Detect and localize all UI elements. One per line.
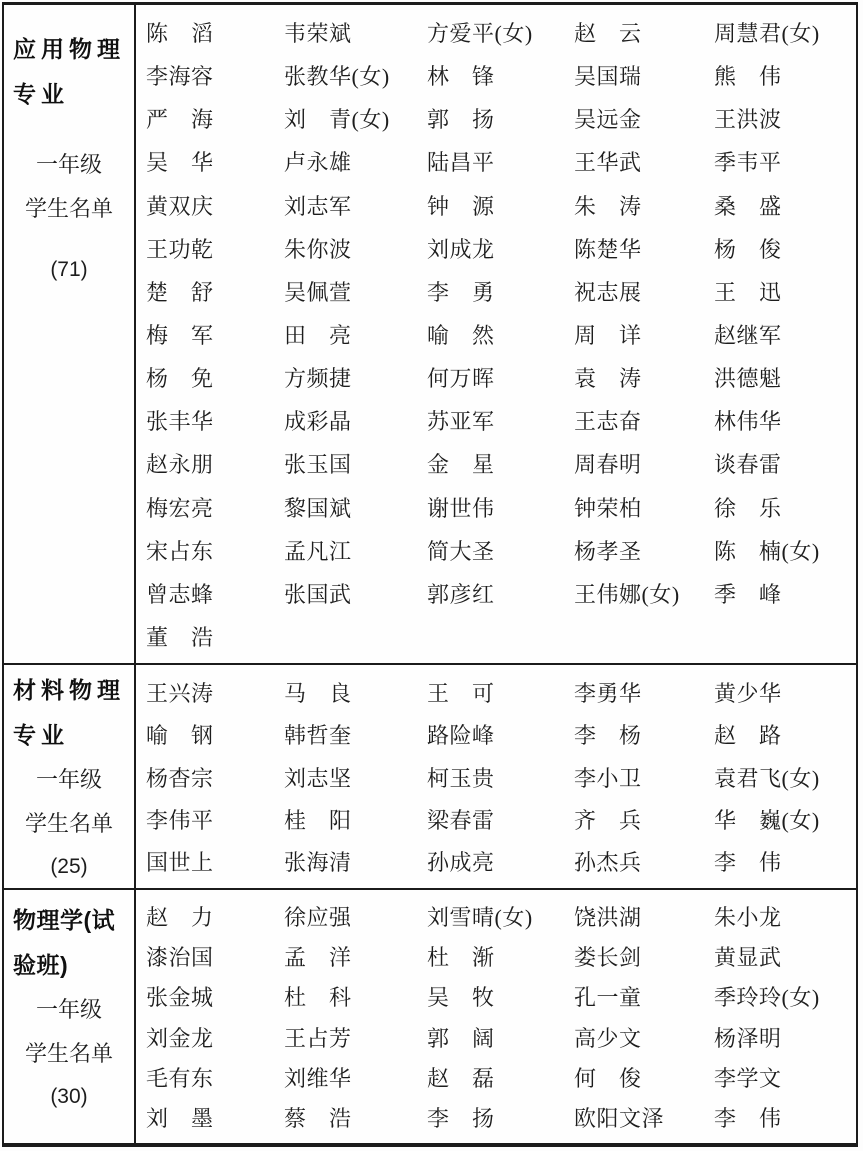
name-cell: 刘成龙 xyxy=(427,233,574,264)
name-cell: 杨 免 xyxy=(146,362,284,393)
table-row: 赵永朋张玉国金 星周春明谈春雷 xyxy=(146,442,856,485)
name-cell: 李勇华 xyxy=(574,677,714,708)
document-page: 应用物理专业一年级学生名单(71)陈 滔韦荣斌方爱平(女)赵 云周慧君(女)李海… xyxy=(0,0,863,1151)
name-cell: 袁君飞(女) xyxy=(714,762,856,793)
section-title-line: 材料物理 xyxy=(4,668,134,713)
name-cell: 成彩晶 xyxy=(284,405,427,436)
name-cell: 季玲玲(女) xyxy=(714,981,856,1012)
name-cell: 袁 涛 xyxy=(574,362,714,393)
name-cell: 祝志展 xyxy=(574,276,714,307)
table-row: 楚 舒吴佩萱李 勇祝志展王 迅 xyxy=(146,270,856,313)
name-cell: 孔一童 xyxy=(574,981,714,1012)
name-cell: 谢世伟 xyxy=(427,492,574,523)
name-cell: 陈楚华 xyxy=(574,233,714,264)
name-cell: 严 海 xyxy=(146,103,284,134)
name-cell: 蔡 浩 xyxy=(284,1102,427,1133)
name-cell: 季 峰 xyxy=(714,578,856,609)
name-cell: 杨 俊 xyxy=(714,233,856,264)
name-cell: 何万晖 xyxy=(427,362,574,393)
name-cell: 梅宏亮 xyxy=(146,492,284,523)
section-title-line: 专业 xyxy=(4,713,134,758)
name-cell: 李 杨 xyxy=(574,719,714,750)
name-cell: 韦荣斌 xyxy=(284,17,427,48)
table-row: 刘 墨蔡 浩李 扬欧阳文泽李 伟 xyxy=(146,1098,856,1138)
student-count: (71) xyxy=(4,249,134,291)
name-cell: 李伟平 xyxy=(146,804,284,835)
grade-label: 一年级 xyxy=(4,988,134,1032)
name-cell: 刘雪晴(女) xyxy=(427,901,574,932)
name-cell: 朱你波 xyxy=(284,233,427,264)
name-cell: 宋占东 xyxy=(146,535,284,566)
section-1: 材料物理专业一年级学生名单(25)王兴涛马 良王 可李勇华黄少华喻 钢韩哲奎路险… xyxy=(4,663,856,888)
table-row: 张金城杜 科吴 牧孔一童季玲玲(女) xyxy=(146,977,856,1017)
name-cell: 徐应强 xyxy=(284,901,427,932)
name-cell: 韩哲奎 xyxy=(284,719,427,750)
table-row: 严 海刘 青(女)郭 扬吴远金王洪波 xyxy=(146,97,856,140)
table-row: 李伟平桂 阳梁春雷齐 兵华 巍(女) xyxy=(146,798,856,840)
name-cell: 张国武 xyxy=(284,578,427,609)
name-cell: 刘金龙 xyxy=(146,1022,284,1053)
table-row: 梅宏亮黎国斌谢世伟钟荣柏徐 乐 xyxy=(146,486,856,529)
name-cell: 赵 磊 xyxy=(427,1062,574,1093)
name-cell: 苏亚军 xyxy=(427,405,574,436)
names-area: 陈 滔韦荣斌方爱平(女)赵 云周慧君(女)李海容张教华(女)林 锋吴国瑞熊 伟严… xyxy=(136,5,856,663)
name-cell: 陈 滔 xyxy=(146,17,284,48)
name-cell: 张教华(女) xyxy=(284,60,427,91)
section-title-line: 专业 xyxy=(4,72,134,117)
name-cell: 国世上 xyxy=(146,846,284,877)
student-count: (30) xyxy=(4,1076,134,1118)
table-row: 刘金龙王占芳郭 阔高少文杨泽明 xyxy=(146,1017,856,1057)
list-label: 学生名单 xyxy=(4,802,134,846)
name-cell: 齐 兵 xyxy=(574,804,714,835)
table-row: 杨 免方频捷何万晖袁 涛洪德魁 xyxy=(146,356,856,399)
name-cell: 李 伟 xyxy=(714,846,856,877)
name-cell: 方频捷 xyxy=(284,362,427,393)
table-row: 李海容张教华(女)林 锋吴国瑞熊 伟 xyxy=(146,54,856,97)
name-cell: 楚 舒 xyxy=(146,276,284,307)
name-cell: 毛有东 xyxy=(146,1062,284,1093)
name-cell: 周春明 xyxy=(574,448,714,479)
name-cell: 王伟娜(女) xyxy=(574,578,714,609)
name-cell: 陆昌平 xyxy=(427,146,574,177)
name-cell: 孙杰兵 xyxy=(574,846,714,877)
name-cell: 赵 云 xyxy=(574,17,714,48)
name-cell: 钟 源 xyxy=(427,190,574,221)
name-cell: 赵 力 xyxy=(146,901,284,932)
name-cell: 王华武 xyxy=(574,146,714,177)
name-cell: 刘志军 xyxy=(284,190,427,221)
name-cell: 曾志蜂 xyxy=(146,578,284,609)
name-cell: 黄双庆 xyxy=(146,190,284,221)
name-cell: 金 星 xyxy=(427,448,574,479)
name-cell: 林 锋 xyxy=(427,60,574,91)
table-row: 毛有东刘维华赵 磊何 俊李学文 xyxy=(146,1057,856,1097)
name-cell: 张金城 xyxy=(146,981,284,1012)
table-row: 黄双庆刘志军钟 源朱 涛桑 盛 xyxy=(146,184,856,227)
student-count: (25) xyxy=(4,846,134,888)
list-label: 学生名单 xyxy=(4,187,134,231)
name-cell: 吴 牧 xyxy=(427,981,574,1012)
name-cell: 孟 洋 xyxy=(284,941,427,972)
name-cell: 谈春雷 xyxy=(714,448,856,479)
name-cell: 李海容 xyxy=(146,60,284,91)
section-2: 物理学(试验班)一年级学生名单(30)赵 力徐应强刘雪晴(女)饶洪湖朱小龙漆治国… xyxy=(4,888,856,1143)
name-cell: 张玉国 xyxy=(284,448,427,479)
table-row: 漆治国孟 洋杜 渐娄长剑黄显武 xyxy=(146,936,856,976)
section-0: 应用物理专业一年级学生名单(71)陈 滔韦荣斌方爱平(女)赵 云周慧君(女)李海… xyxy=(4,5,856,663)
name-cell: 张海清 xyxy=(284,846,427,877)
name-cell: 陈 楠(女) xyxy=(714,535,856,566)
name-cell: 王志奋 xyxy=(574,405,714,436)
name-cell: 李小卫 xyxy=(574,762,714,793)
name-cell: 娄长剑 xyxy=(574,941,714,972)
name-cell: 孙成亮 xyxy=(427,846,574,877)
name-cell: 王占芳 xyxy=(284,1022,427,1053)
name-cell: 钟荣柏 xyxy=(574,492,714,523)
name-cell: 刘志坚 xyxy=(284,762,427,793)
grade-label: 一年级 xyxy=(4,143,134,187)
section-header: 物理学(试验班)一年级学生名单(30) xyxy=(4,890,136,1143)
name-cell: 朱 涛 xyxy=(574,190,714,221)
name-cell: 漆治国 xyxy=(146,941,284,972)
name-cell: 杨孝圣 xyxy=(574,535,714,566)
name-cell: 周 详 xyxy=(574,319,714,350)
name-cell: 卢永雄 xyxy=(284,146,427,177)
name-cell: 徐 乐 xyxy=(714,492,856,523)
name-cell: 黄少华 xyxy=(714,677,856,708)
name-cell: 赵继军 xyxy=(714,319,856,350)
name-cell: 喻 然 xyxy=(427,319,574,350)
name-cell: 王兴涛 xyxy=(146,677,284,708)
name-cell: 方爱平(女) xyxy=(427,17,574,48)
name-cell: 季韦平 xyxy=(714,146,856,177)
name-cell: 朱小龙 xyxy=(714,901,856,932)
name-cell: 刘 墨 xyxy=(146,1102,284,1133)
name-cell: 董 浩 xyxy=(146,621,284,652)
student-roster-table: 应用物理专业一年级学生名单(71)陈 滔韦荣斌方爱平(女)赵 云周慧君(女)李海… xyxy=(2,2,858,1147)
table-row: 杨杳宗刘志坚柯玉贵李小卫袁君飞(女) xyxy=(146,756,856,798)
name-cell: 赵 路 xyxy=(714,719,856,750)
section-header: 材料物理专业一年级学生名单(25) xyxy=(4,665,136,888)
name-cell: 郭彦红 xyxy=(427,578,574,609)
table-row: 董 浩 xyxy=(146,615,856,658)
section-title-line: 物理学(试 xyxy=(4,898,134,943)
name-cell: 林伟华 xyxy=(714,405,856,436)
name-cell: 王洪波 xyxy=(714,103,856,134)
table-row: 赵 力徐应强刘雪晴(女)饶洪湖朱小龙 xyxy=(146,896,856,936)
name-cell: 郭 阔 xyxy=(427,1022,574,1053)
name-cell: 梅 军 xyxy=(146,319,284,350)
table-row: 宋占东孟凡江简大圣杨孝圣陈 楠(女) xyxy=(146,529,856,572)
table-row: 国世上张海清孙成亮孙杰兵李 伟 xyxy=(146,841,856,883)
table-row: 吴 华卢永雄陆昌平王华武季韦平 xyxy=(146,140,856,183)
name-cell: 杜 科 xyxy=(284,981,427,1012)
name-cell: 李 勇 xyxy=(427,276,574,307)
name-cell: 桂 阳 xyxy=(284,804,427,835)
name-cell: 吴佩萱 xyxy=(284,276,427,307)
name-cell: 郭 扬 xyxy=(427,103,574,134)
list-label: 学生名单 xyxy=(4,1032,134,1076)
names-area: 王兴涛马 良王 可李勇华黄少华喻 钢韩哲奎路险峰李 杨赵 路杨杳宗刘志坚柯玉贵李… xyxy=(136,665,856,888)
name-cell: 吴远金 xyxy=(574,103,714,134)
name-cell: 杜 渐 xyxy=(427,941,574,972)
name-cell: 杨泽明 xyxy=(714,1022,856,1053)
name-cell: 王功乾 xyxy=(146,233,284,264)
name-cell: 周慧君(女) xyxy=(714,17,856,48)
name-cell: 华 巍(女) xyxy=(714,804,856,835)
table-row: 梅 军田 亮喻 然周 详赵继军 xyxy=(146,313,856,356)
name-cell: 桑 盛 xyxy=(714,190,856,221)
name-cell: 吴国瑞 xyxy=(574,60,714,91)
name-cell: 赵永朋 xyxy=(146,448,284,479)
name-cell: 欧阳文泽 xyxy=(574,1102,714,1133)
name-cell: 刘维华 xyxy=(284,1062,427,1093)
name-cell: 张丰华 xyxy=(146,405,284,436)
name-cell: 喻 钢 xyxy=(146,719,284,750)
names-area: 赵 力徐应强刘雪晴(女)饶洪湖朱小龙漆治国孟 洋杜 渐娄长剑黄显武张金城杜 科吴… xyxy=(136,890,856,1143)
name-cell: 简大圣 xyxy=(427,535,574,566)
name-cell: 杨杳宗 xyxy=(146,762,284,793)
section-title-line: 应用物理 xyxy=(4,27,134,72)
table-row: 曾志蜂张国武郭彦红王伟娜(女)季 峰 xyxy=(146,572,856,615)
name-cell: 熊 伟 xyxy=(714,60,856,91)
name-cell: 李 伟 xyxy=(714,1102,856,1133)
name-cell: 李 扬 xyxy=(427,1102,574,1133)
name-cell: 吴 华 xyxy=(146,146,284,177)
name-cell: 刘 青(女) xyxy=(284,103,427,134)
table-row: 喻 钢韩哲奎路险峰李 杨赵 路 xyxy=(146,713,856,755)
section-title-line: 验班) xyxy=(4,943,134,988)
name-cell: 梁春雷 xyxy=(427,804,574,835)
name-cell: 王 可 xyxy=(427,677,574,708)
table-row: 陈 滔韦荣斌方爱平(女)赵 云周慧君(女) xyxy=(146,11,856,54)
name-cell: 马 良 xyxy=(284,677,427,708)
name-cell: 孟凡江 xyxy=(284,535,427,566)
grade-label: 一年级 xyxy=(4,758,134,802)
table-row: 王功乾朱你波刘成龙陈楚华杨 俊 xyxy=(146,227,856,270)
name-cell: 路险峰 xyxy=(427,719,574,750)
section-header: 应用物理专业一年级学生名单(71) xyxy=(4,5,136,663)
name-cell: 饶洪湖 xyxy=(574,901,714,932)
name-cell: 柯玉贵 xyxy=(427,762,574,793)
name-cell: 李学文 xyxy=(714,1062,856,1093)
name-cell: 王 迅 xyxy=(714,276,856,307)
name-cell: 田 亮 xyxy=(284,319,427,350)
name-cell: 高少文 xyxy=(574,1022,714,1053)
name-cell: 何 俊 xyxy=(574,1062,714,1093)
table-row: 王兴涛马 良王 可李勇华黄少华 xyxy=(146,671,856,713)
name-cell: 黄显武 xyxy=(714,941,856,972)
table-row: 张丰华成彩晶苏亚军王志奋林伟华 xyxy=(146,399,856,442)
name-cell: 黎国斌 xyxy=(284,492,427,523)
name-cell: 洪德魁 xyxy=(714,362,856,393)
